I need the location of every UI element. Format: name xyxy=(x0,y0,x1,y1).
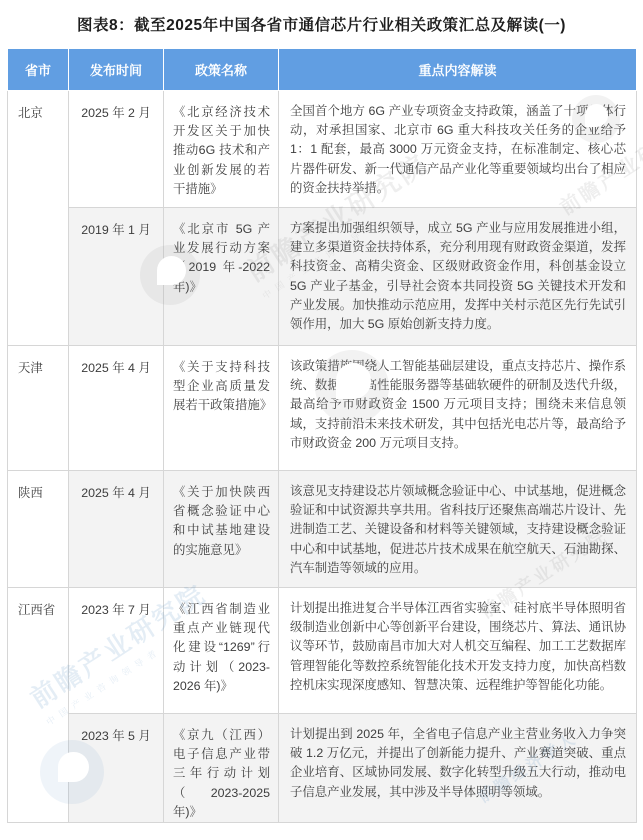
col-header-content: 重点内容解读 xyxy=(279,49,637,91)
table-row: 江西省 2023 年 7 月 《江西省制造业重点产业链现代化建设“1269”行动… xyxy=(8,588,637,714)
table-row: 天津 2025 年 4 月 《关于支持科技型企业高质量发展若干政策措施》 该政策… xyxy=(8,346,637,471)
province-cell: 天津 xyxy=(8,346,69,471)
content-cell: 计划提出推进复合半导体江西省实验室、硅衬底半导体照明省级制造业创新中心等创新平台… xyxy=(279,588,637,714)
date-cell: 2025 年 4 月 xyxy=(69,471,164,588)
content-cell: 该意见支持建设芯片领域概念验证中心、中试基地，促进概念验证和中试资源共享共用。省… xyxy=(279,471,637,588)
policy-cell: 《京九（江西）电子信息产业带三年行动计划（2023-2025 年)》 xyxy=(164,714,279,823)
table-row: 2019 年 1 月 《北京市 5G 产业发展行动方案（2019 年-2022 … xyxy=(8,208,637,346)
province-cell: 江西省 xyxy=(8,588,69,823)
content-cell: 方案提出加强组织领导，成立 5G 产业与应用发展推进小组，建立多渠道资金扶持体系… xyxy=(279,208,637,346)
policy-cell: 《关于支持科技型企业高质量发展若干政策措施》 xyxy=(164,346,279,471)
date-cell: 2025 年 2 月 xyxy=(69,91,164,208)
table-row: 北京 2025 年 2 月 《北京经济技术开发区关于加快推动6G 技术和产业创新… xyxy=(8,91,637,208)
date-cell: 2025 年 4 月 xyxy=(69,346,164,471)
content-cell: 该政策措施围绕人工智能基础层建设，重点支持芯片、操作系统、数据库、高性能服务器等… xyxy=(279,346,637,471)
policy-cell: 《北京经济技术开发区关于加快推动6G 技术和产业创新发展的若干措施》 xyxy=(164,91,279,208)
date-cell: 2019 年 1 月 xyxy=(69,208,164,346)
province-cell: 北京 xyxy=(8,91,69,346)
province-cell: 陕西 xyxy=(8,471,69,588)
table-row: 2023 年 5 月 《京九（江西）电子信息产业带三年行动计划（2023-202… xyxy=(8,714,637,823)
col-header-date: 发布时间 xyxy=(69,49,164,91)
table-row: 陕西 2025 年 4 月 《关于加快陕西省概念验证中心和中试基地建设的实施意见… xyxy=(8,471,637,588)
page-title: 图表8：截至2025年中国各省市通信芯片行业相关政策汇总及解读(一) xyxy=(0,0,643,35)
policy-table: 省市 发布时间 政策名称 重点内容解读 北京 2025 年 2 月 《北京经济技… xyxy=(7,48,637,823)
date-cell: 2023 年 7 月 xyxy=(69,588,164,714)
content-cell: 全国首个地方 6G 产业专项资金支持政策，涵盖了十项具体行动，对承担国家、北京市… xyxy=(279,91,637,208)
date-cell: 2023 年 5 月 xyxy=(69,714,164,823)
table-header-row: 省市 发布时间 政策名称 重点内容解读 xyxy=(8,49,637,91)
policy-cell: 《关于加快陕西省概念验证中心和中试基地建设的实施意见》 xyxy=(164,471,279,588)
content-cell: 计划提出到 2025 年，全省电子信息产业主营业务收入力争突破 1.2 万亿元，… xyxy=(279,714,637,823)
policy-cell: 《江西省制造业重点产业链现代化建设“1269”行动计划（2023-2026 年)… xyxy=(164,588,279,714)
policy-cell: 《北京市 5G 产业发展行动方案（2019 年-2022 年)》 xyxy=(164,208,279,346)
col-header-policy: 政策名称 xyxy=(164,49,279,91)
col-header-province: 省市 xyxy=(8,49,69,91)
